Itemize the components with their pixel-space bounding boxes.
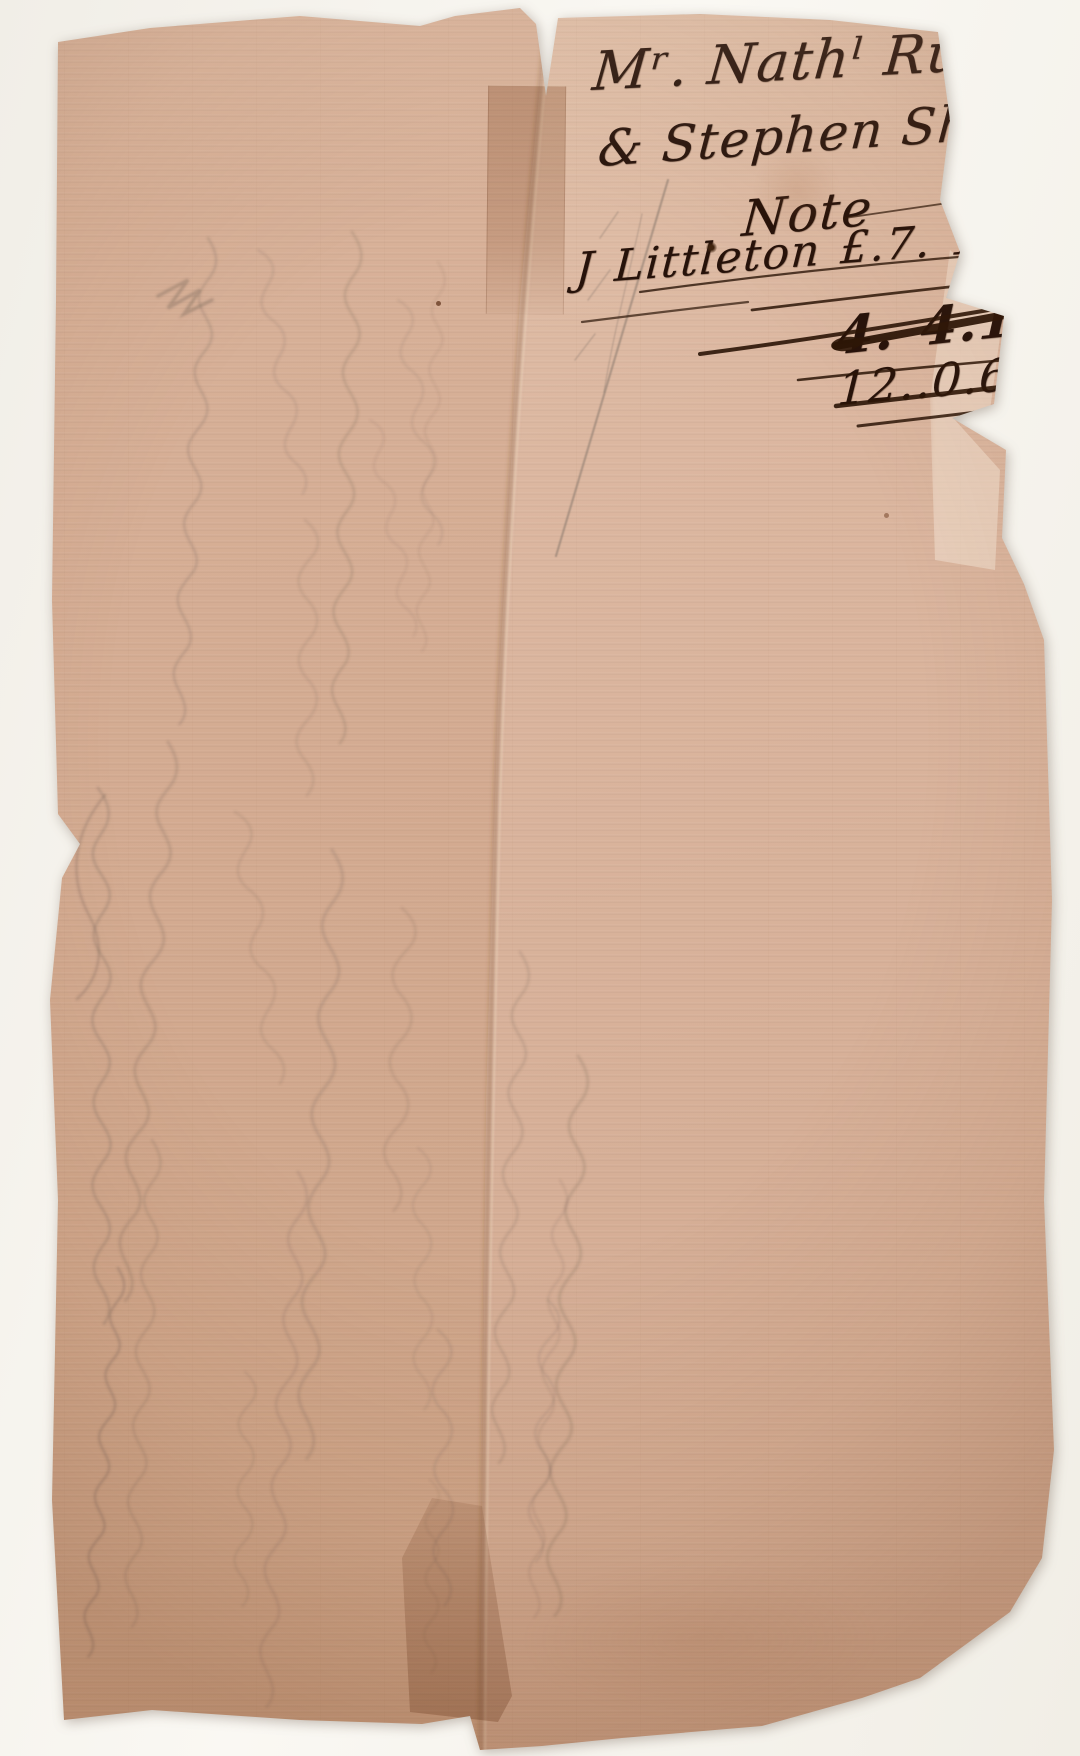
stain-speck — [884, 513, 889, 518]
torn-edge-frays — [930, 240, 1010, 580]
water-stain — [520, 1560, 880, 1720]
scanned-document: Mʳ. Nathˡ Ruſsell & Stephen Shattuck Not… — [0, 0, 1080, 1756]
paper-shadow-wrap: Mʳ. Nathˡ Ruſsell & Stephen Shattuck Not… — [0, 0, 1080, 1756]
docket-line-1: Mʳ. Nathˡ Ruſsell — [590, 14, 1080, 103]
paper-sheet: Mʳ. Nathˡ Ruſsell & Stephen Shattuck Not… — [0, 0, 1080, 1756]
tape-repair-bottom — [402, 1498, 512, 1722]
tape-repair-top — [486, 86, 566, 315]
pencil-marks — [556, 180, 668, 556]
